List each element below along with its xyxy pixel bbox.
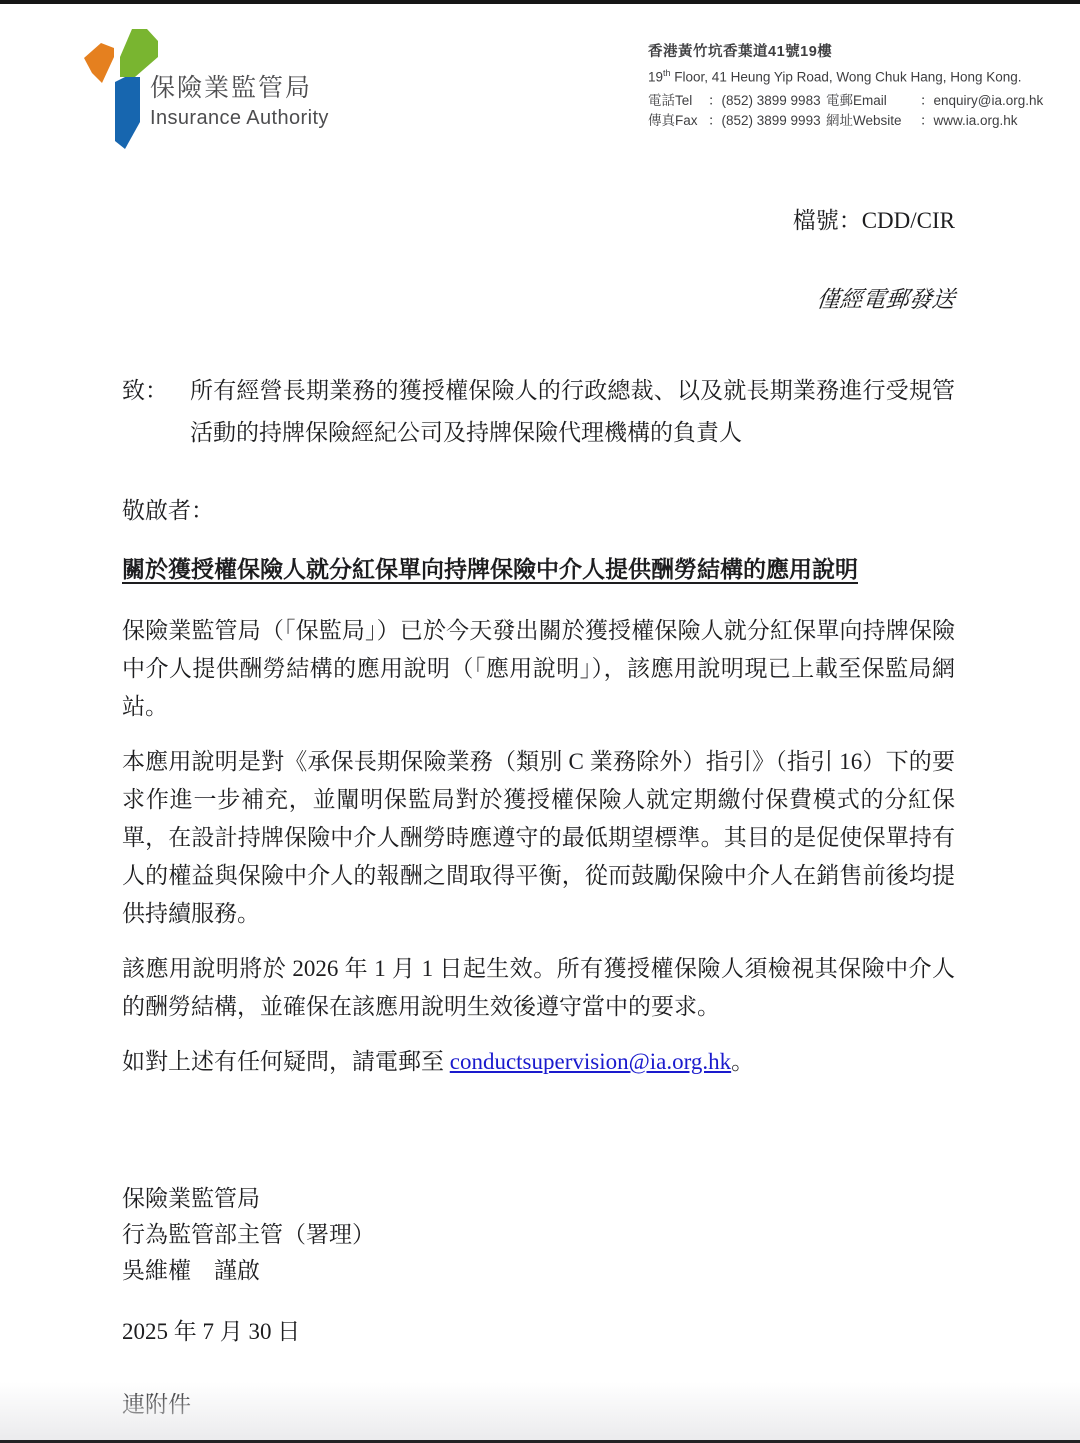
signature-org: 保險業監管局 [122, 1181, 955, 1217]
tel-label: 電話Tel [648, 91, 708, 111]
salutation: 敬啟者： [122, 492, 955, 525]
contact-block: 香港黃竹坑香葉道41號19樓 19th Floor, 41 Heung Yip … [648, 42, 1028, 131]
signature-name: 吳維權 謹啟 [122, 1253, 955, 1289]
colon: ： [920, 93, 934, 108]
website-label: 網址Website [826, 111, 920, 131]
recipient-label: 致： [122, 370, 190, 454]
delivery-note: 僅經電郵發送 [122, 281, 955, 314]
email-value: ：enquiry@ia.org.hk [920, 91, 1043, 111]
delivery-note-text: 僅經電郵發送 [815, 281, 956, 314]
paragraph-4-pre: 如對上述有任何疑問，請電郵至 [122, 1049, 450, 1074]
fax-label: 傳真Fax [648, 111, 708, 131]
address-ordinal: th [663, 68, 671, 78]
paragraph-4: 如對上述有任何疑問，請電郵至 conductsupervision@ia.org… [122, 1043, 955, 1081]
recipient-block: 致： 所有經營長期業務的獲授權保險人的行政總裁、以及就長期業務進行受規管活動的持… [122, 370, 955, 454]
letter-page: 保險業監管局 Insurance Authority 香港黃竹坑香葉道41號19… [0, 0, 1080, 1443]
website-value: ：www.ia.org.hk [920, 111, 1043, 131]
org-name-block: 保險業監管局 Insurance Authority [150, 68, 329, 130]
colon: ： [920, 113, 934, 128]
address-en-rest: Floor, 41 Heung Yip Road, Wong Chuk Hang… [671, 70, 1022, 85]
paragraph-1: 保險業監管局（「保監局」）已於今天發出關於獲授權保險人就分紅保單向持牌保險中介人… [122, 612, 955, 726]
file-reference: 檔號：CDD/CIR [122, 202, 955, 235]
logo-blue-shape [115, 77, 140, 149]
fax-number: (852) 3899 9993 [722, 113, 821, 128]
conduct-supervision-email-link[interactable]: conductsupervision@ia.org.hk [450, 1049, 731, 1074]
recipient-text: 所有經營長期業務的獲授權保險人的行政總裁、以及就長期業務進行受規管活動的持牌保險… [190, 370, 955, 454]
paragraph-2: 本應用說明是對《承保長期保險業務（類別 C 業務除外）指引》（指引 16）下的要… [122, 743, 955, 933]
address-zh: 香港黃竹坑香葉道41號19樓 [648, 42, 1028, 62]
subject-line: 關於獲授權保險人就分紅保單向持牌保險中介人提供酬勞結構的應用說明 [122, 551, 955, 584]
email-address: enquiry@ia.org.hk [934, 93, 1044, 108]
org-name-zh: 保險業監管局 [150, 68, 329, 104]
logo-orange-shape [84, 43, 114, 83]
email-label: 電郵Email [826, 91, 920, 111]
bottom-shade [0, 1382, 1080, 1440]
letter-body: 檔號：CDD/CIR 僅經電郵發送 致： 所有經營長期業務的獲授權保險人的行政總… [0, 148, 1080, 1419]
colon: ： [708, 93, 722, 108]
website-address: www.ia.org.hk [934, 113, 1018, 128]
ia-logo-icon [82, 27, 160, 151]
top-edge-bar [0, 0, 1080, 4]
paragraphs: 保險業監管局（「保監局」）已於今天發出關於獲授權保險人就分紅保單向持牌保險中介人… [122, 612, 955, 1081]
org-name-en: Insurance Authority [150, 107, 329, 130]
paragraph-3: 該應用說明將於 2026 年 1 月 1 日起生效。所有獲授權保險人須檢視其保險… [122, 950, 955, 1026]
contact-grid: 電話Tel ：(852) 3899 9983 電郵Email ：enquiry@… [648, 91, 1028, 131]
tel-number: (852) 3899 9983 [722, 93, 821, 108]
tel-value: ：(852) 3899 9983 [708, 91, 826, 111]
letter-date: 2025 年 7 月 30 日 [122, 1313, 955, 1346]
address-en: 19th Floor, 41 Heung Yip Road, Wong Chuk… [648, 63, 1028, 88]
signature-title: 行為監管部主管（署理） [122, 1217, 955, 1253]
signature-block: 保險業監管局 行為監管部主管（署理） 吳維權 謹啟 [122, 1181, 955, 1289]
fax-value: ：(852) 3899 9993 [708, 111, 826, 131]
address-floor-number: 19 [648, 70, 663, 85]
colon: ： [708, 113, 722, 128]
paragraph-4-post: 。 [731, 1049, 754, 1074]
